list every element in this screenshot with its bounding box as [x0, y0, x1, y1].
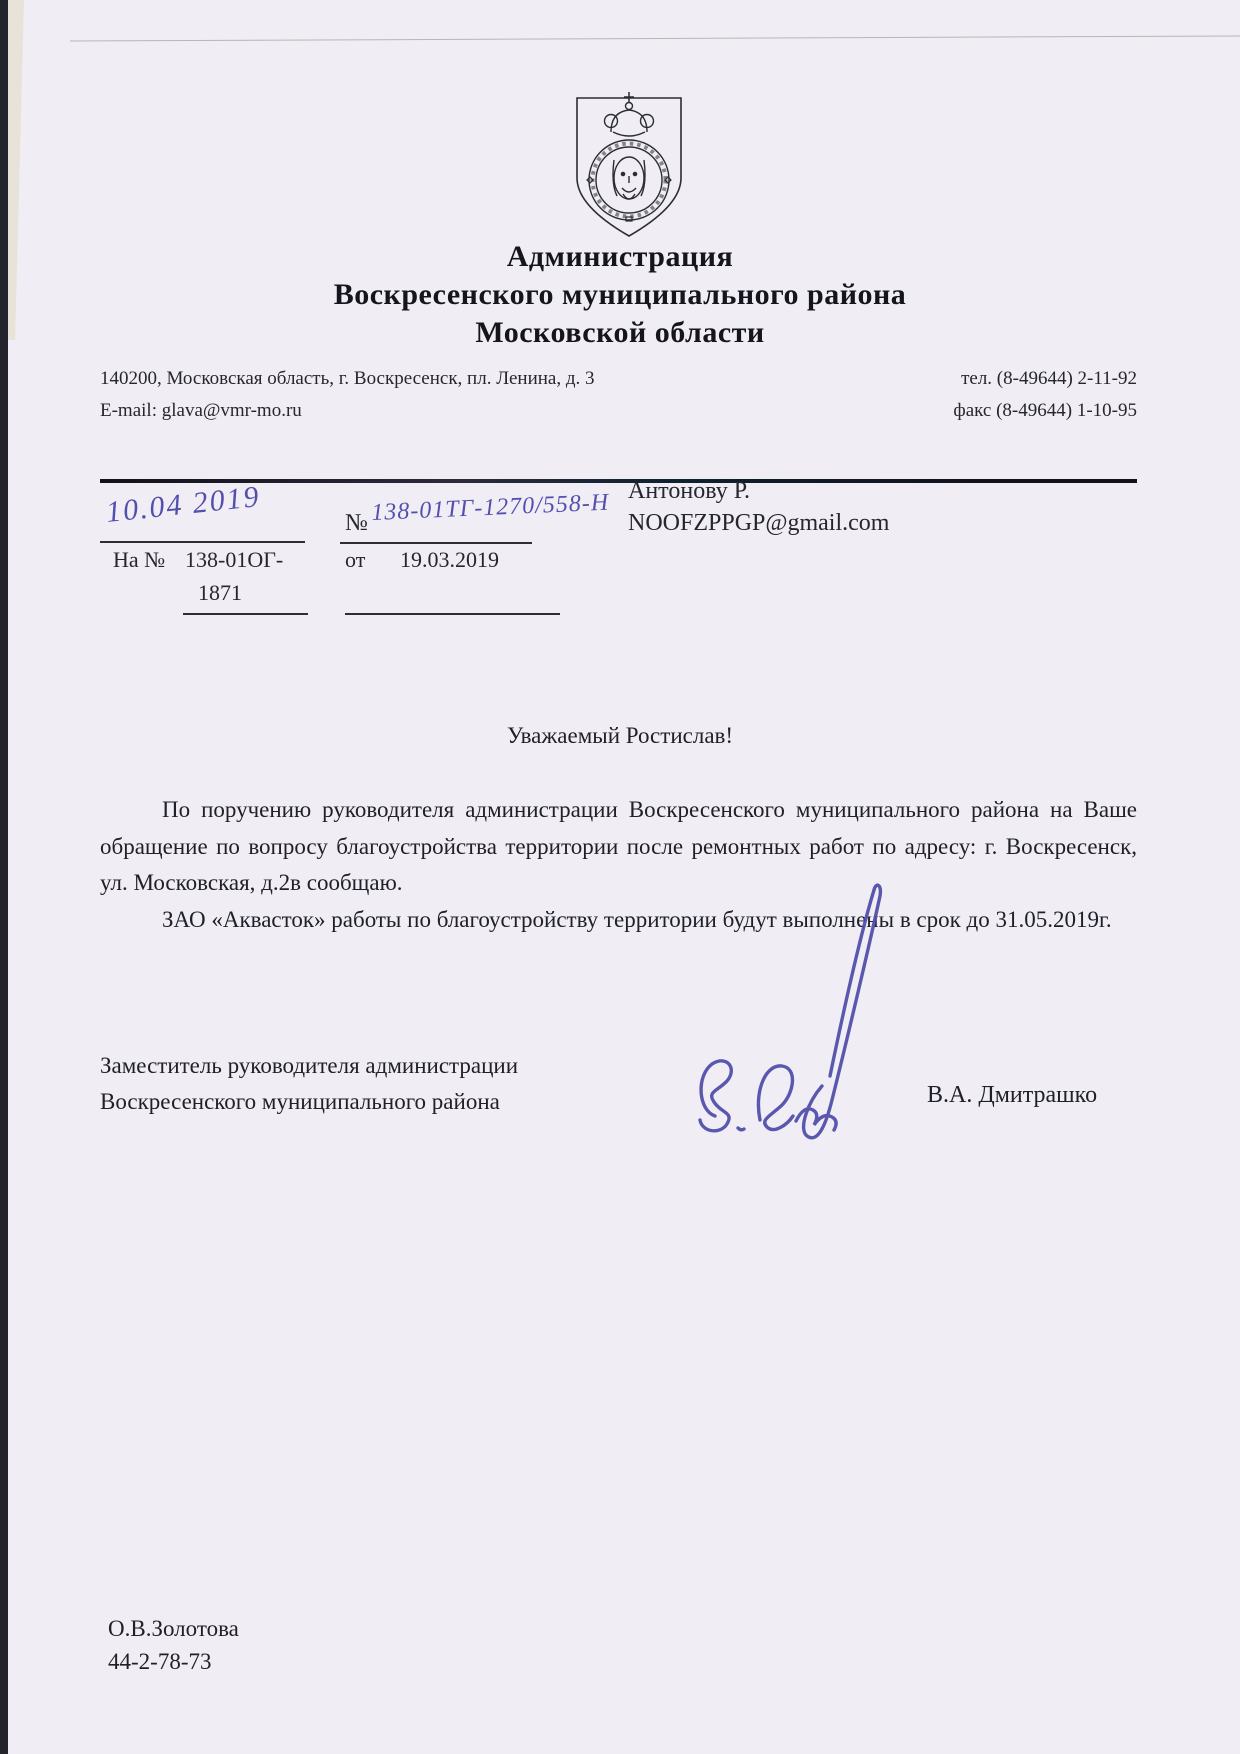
- from-date: 19.03.2019: [400, 547, 499, 573]
- org-title-line3: Московской области: [120, 314, 1120, 352]
- outgoing-date-line: [100, 541, 305, 543]
- salutation: Уважаемый Ростислав!: [120, 723, 1120, 749]
- org-phone: тел. (8-49644) 2-11-92: [835, 368, 1137, 390]
- body-paragraph-2: ЗАО «Аквасток» работы по благоустройству…: [100, 902, 1137, 939]
- letter-body: По поручению руководителя администрации …: [100, 792, 1137, 938]
- executor-phone: 44-2-78-73: [108, 1645, 239, 1678]
- body-paragraph-1: По поручению руководителя администрации …: [100, 792, 1137, 902]
- from-label: от: [345, 547, 365, 573]
- signature-ink: [660, 878, 920, 1168]
- recipient-name: Антонову Р.: [628, 478, 750, 505]
- org-fax: факс (8-49644) 1-10-95: [835, 400, 1137, 422]
- scanned-letter: Администрация Воскресенского муниципальн…: [0, 0, 1240, 1754]
- from-date-line: [345, 613, 560, 615]
- coat-of-arms-icon: [567, 88, 691, 244]
- in-reply-number-line2: 1871: [198, 580, 242, 606]
- org-title: Администрация Воскресенского муниципальн…: [120, 238, 1120, 352]
- in-reply-prefix: На №: [113, 547, 165, 573]
- in-reply-line: [183, 613, 308, 615]
- executor-name: О.В.Золотова: [108, 1612, 239, 1645]
- scan-dark-edge: [0, 0, 8, 1754]
- signer-title: Заместитель руководителя администрации В…: [100, 1048, 660, 1120]
- signer-name: В.А. Дмитрашко: [927, 1082, 1097, 1109]
- org-email: E-mail: glava@vmr-mo.ru: [100, 400, 800, 422]
- org-address: 140200, Московская область, г. Воскресен…: [100, 368, 800, 390]
- signer-title-line2: Воскресенского муниципального района: [100, 1084, 660, 1120]
- signer-title-line1: Заместитель руководителя администрации: [100, 1048, 660, 1084]
- executor-block: О.В.Золотова 44-2-78-73: [108, 1612, 239, 1678]
- org-title-line2: Воскресенского муниципального района: [120, 276, 1120, 314]
- number-sign: №: [345, 510, 368, 537]
- outgoing-number-line: [340, 542, 532, 544]
- org-title-line1: Администрация: [120, 238, 1120, 276]
- in-reply-number-line1: 138-01ОГ-: [185, 547, 283, 573]
- recipient-email: NOOFZPPGP@gmail.com: [628, 510, 889, 537]
